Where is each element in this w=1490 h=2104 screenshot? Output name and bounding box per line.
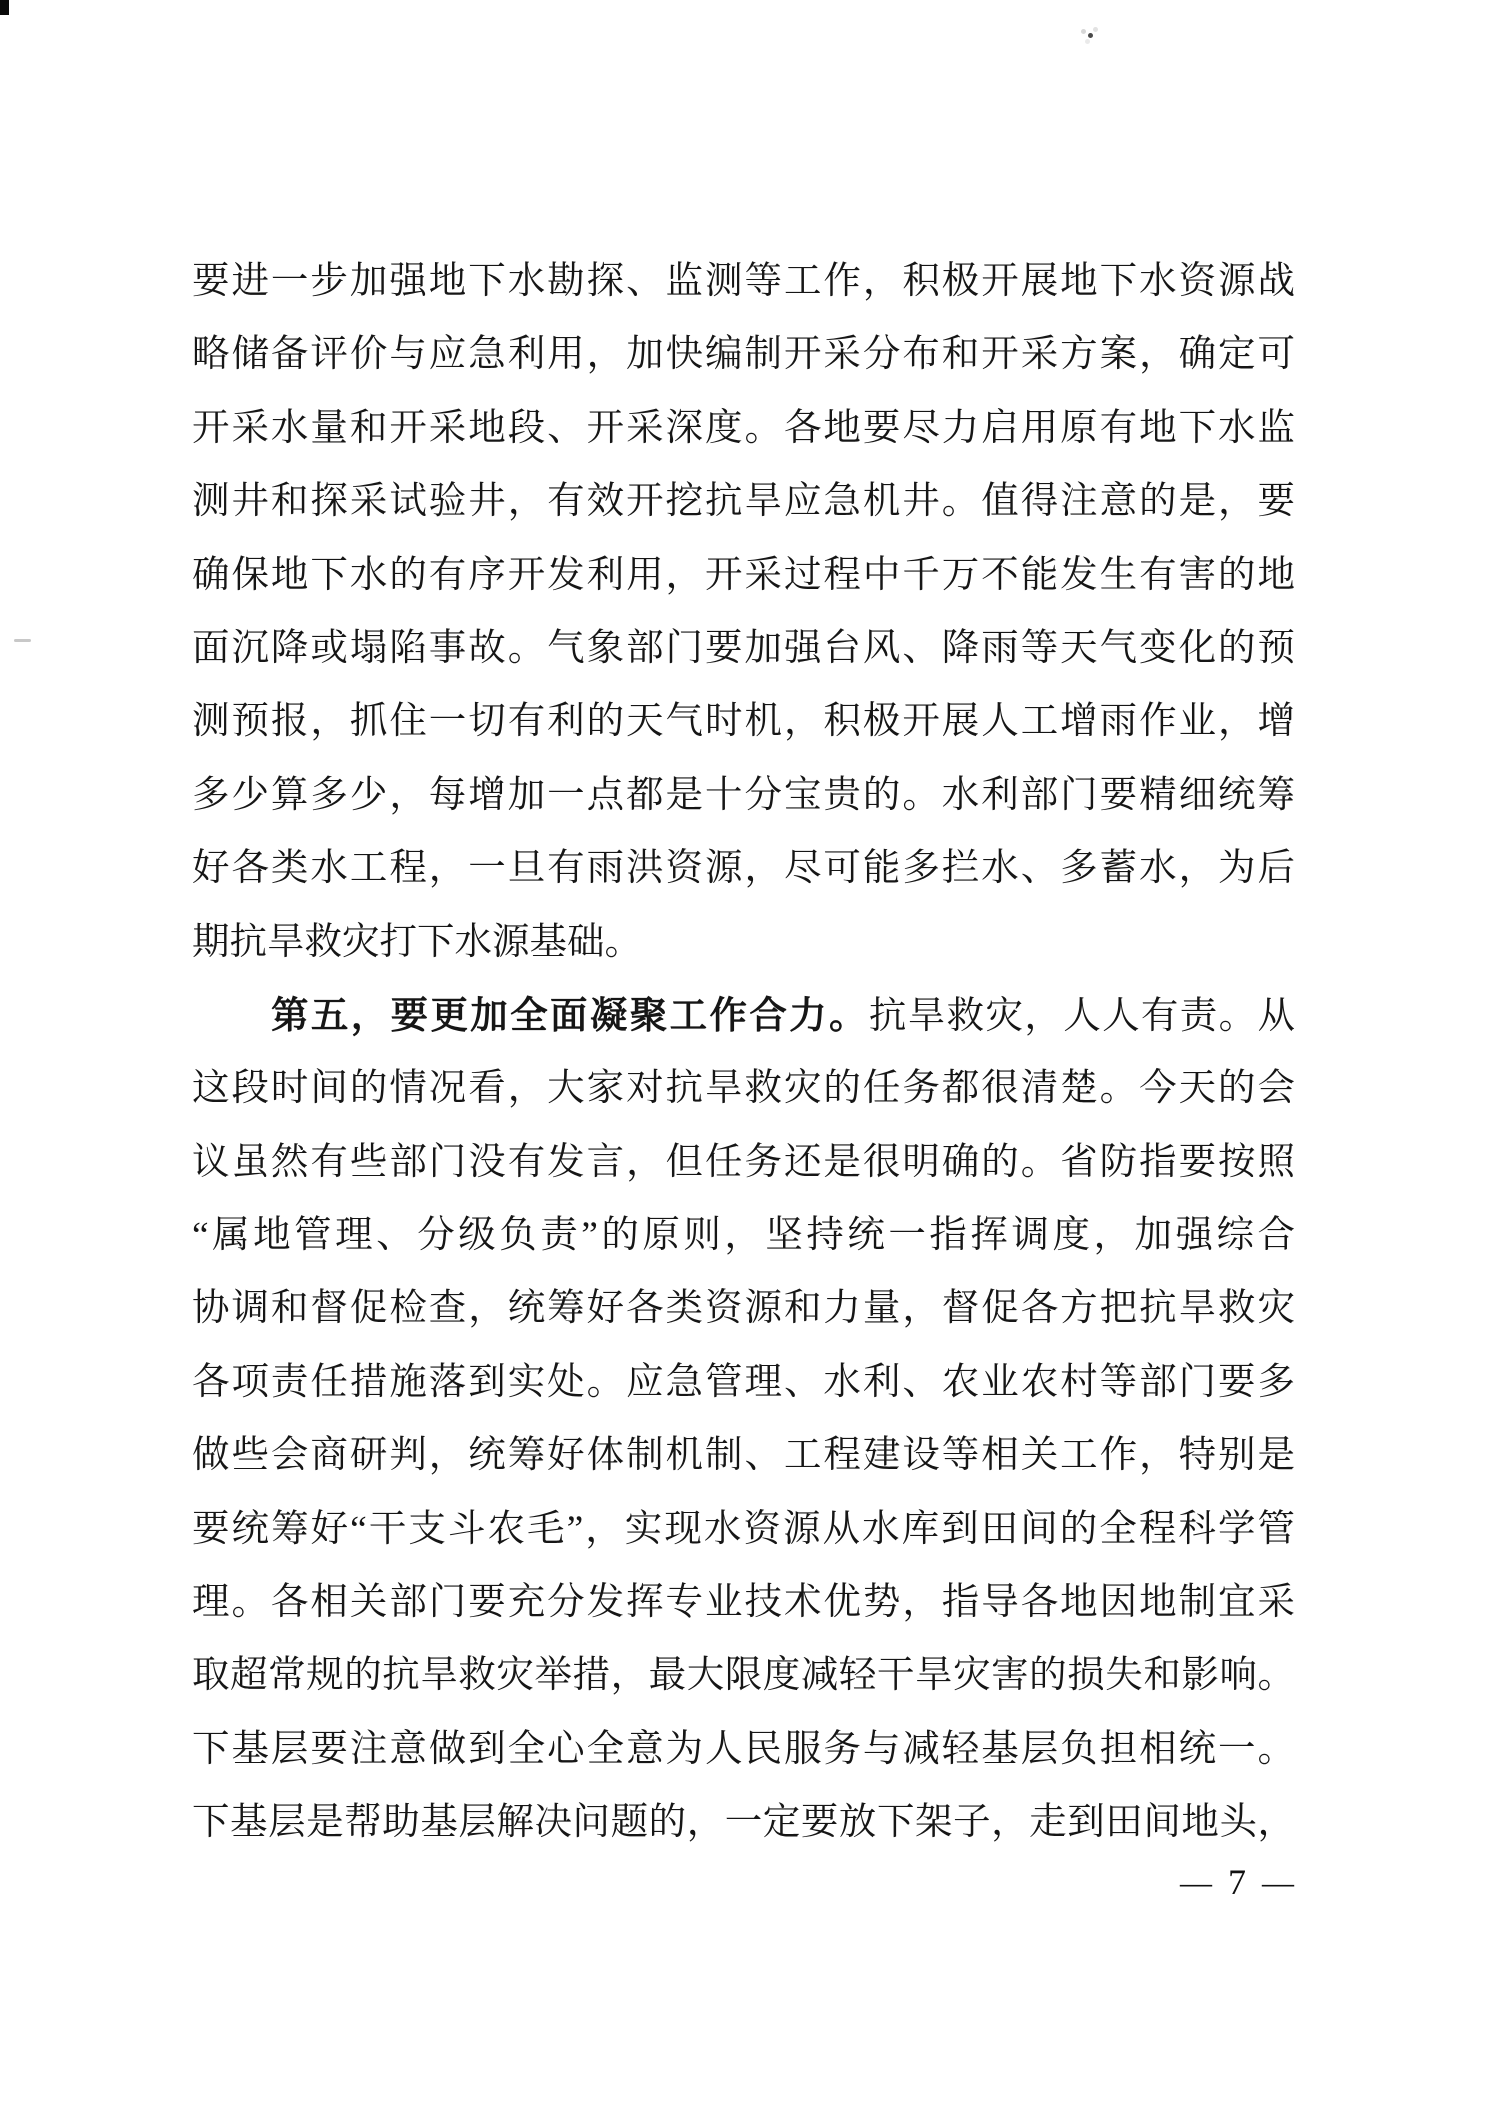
text-line: 理。各相关部门要充分发挥专业技术优势，指导各地因地制宜采 xyxy=(192,1566,1295,1639)
body-text: 协调和督促检查，统筹好各类资源和力量，督促各方把抗旱救灾 xyxy=(192,1288,1295,1329)
scan-artifact-speck xyxy=(1088,33,1093,38)
scan-artifact-speck xyxy=(14,639,31,642)
document-page: 要进一步加强地下水勘探、监测等工作，积极开展地下水资源战略储备评价与应急利用，加… xyxy=(0,0,1490,2104)
body-text: 要统筹好“干支斗农毛”，实现水资源从水库到田间的全程科学管 xyxy=(192,1509,1295,1550)
text-line: 议虽然有些部门没有发言，但任务还是很明确的。省防指要按照 xyxy=(192,1126,1295,1199)
section-heading: 第五，要更加全面凝聚工作合力。 xyxy=(271,994,869,1036)
body-text: 确保地下水的有序开发利用，开采过程中千万不能发生有害的地 xyxy=(192,555,1295,596)
text-line: 测井和探采试验井，有效开挖抗旱应急机井。值得注意的是，要 xyxy=(192,465,1295,538)
body-text: 取超常规的抗旱救灾举措，最大限度减轻干旱灾害的损失和影响。 xyxy=(192,1655,1295,1696)
body-text: 做些会商研判，统筹好体制机制、工程建设等相关工作，特别是 xyxy=(192,1435,1295,1476)
body-text: 理。各相关部门要充分发挥专业技术优势，指导各地因地制宜采 xyxy=(192,1582,1295,1623)
text-line: 下基层要注意做到全心全意为人民服务与减轻基层负担相统一。 xyxy=(192,1713,1295,1786)
text-line: “属地管理、分级负责”的原则，坚持统一指挥调度，加强综合 xyxy=(192,1199,1295,1272)
text-line: 确保地下水的有序开发利用，开采过程中千万不能发生有害的地 xyxy=(192,539,1295,612)
text-line: 要进一步加强地下水勘探、监测等工作，积极开展地下水资源战 xyxy=(192,245,1295,318)
page-number-dash-right: — xyxy=(1262,1864,1294,1901)
scan-artifact-corner xyxy=(0,0,9,15)
body-text: 测井和探采试验井，有效开挖抗旱应急机井。值得注意的是，要 xyxy=(192,481,1295,522)
text-line: 这段时间的情况看，大家对抗旱救灾的任务都很清楚。今天的会 xyxy=(192,1052,1295,1125)
text-line: 多少算多少，每增加一点都是十分宝贵的。水利部门要精细统筹 xyxy=(192,759,1295,832)
body-text: 测预报，抓住一切有利的天气时机，积极开展人工增雨作业，增 xyxy=(192,701,1295,742)
body-text: 抗旱救灾，人人有责。从 xyxy=(869,996,1295,1037)
text-line: 略储备评价与应急利用，加快编制开采分布和开采方案，确定可 xyxy=(192,318,1295,391)
text-line: 测预报，抓住一切有利的天气时机，积极开展人工增雨作业，增 xyxy=(192,685,1295,758)
text-block: 要进一步加强地下水勘探、监测等工作，积极开展地下水资源战略储备评价与应急利用，加… xyxy=(192,245,1295,1860)
text-line: 期抗旱救灾打下水源基础。 xyxy=(192,906,1295,979)
body-text: 各项责任措施落到实处。应急管理、水利、农业农村等部门要多 xyxy=(192,1362,1295,1403)
body-text: 这段时间的情况看，大家对抗旱救灾的任务都很清楚。今天的会 xyxy=(192,1068,1295,1109)
page-number-value: 7 xyxy=(1228,1861,1246,1903)
text-line: 取超常规的抗旱救灾举措，最大限度减轻干旱灾害的损失和影响。 xyxy=(192,1639,1295,1712)
body-text: 议虽然有些部门没有发言，但任务还是很明确的。省防指要按照 xyxy=(192,1142,1295,1183)
body-text: 要进一步加强地下水勘探、监测等工作，积极开展地下水资源战 xyxy=(192,261,1295,302)
text-line: 各项责任措施落到实处。应急管理、水利、农业农村等部门要多 xyxy=(192,1346,1295,1419)
text-line: 开采水量和开采地段、开采深度。各地要尽力启用原有地下水监 xyxy=(192,392,1295,465)
text-line: 要统筹好“干支斗农毛”，实现水资源从水库到田间的全程科学管 xyxy=(192,1493,1295,1566)
body-text: 期抗旱救灾打下水源基础。 xyxy=(192,922,642,963)
page-number-dash-left: — xyxy=(1180,1864,1212,1901)
body-text: “属地管理、分级负责”的原则，坚持统一指挥调度，加强综合 xyxy=(192,1215,1295,1256)
body-text: 下基层要注意做到全心全意为人民服务与减轻基层负担相统一。 xyxy=(192,1729,1295,1770)
page-number: — 7 — xyxy=(1180,1862,1294,1902)
body-text: 面沉降或塌陷事故。气象部门要加强台风、降雨等天气变化的预 xyxy=(192,628,1295,669)
body-text: 开采水量和开采地段、开采深度。各地要尽力启用原有地下水监 xyxy=(192,408,1295,449)
body-text: 下基层是帮助基层解决问题的，一定要放下架子，走到田间地头， xyxy=(192,1802,1295,1843)
text-line: 协调和督促检查，统筹好各类资源和力量，督促各方把抗旱救灾 xyxy=(192,1272,1295,1345)
text-line: 下基层是帮助基层解决问题的，一定要放下架子，走到田间地头， xyxy=(192,1786,1295,1859)
text-line: 做些会商研判，统筹好体制机制、工程建设等相关工作，特别是 xyxy=(192,1419,1295,1492)
body-text: 好各类水工程，一旦有雨洪资源，尽可能多拦水、多蓄水，为后 xyxy=(192,848,1295,889)
body-text: 略储备评价与应急利用，加快编制开采分布和开采方案，确定可 xyxy=(192,334,1295,375)
text-line: 第五，要更加全面凝聚工作合力。抗旱救灾，人人有责。从 xyxy=(192,979,1295,1052)
text-line: 好各类水工程，一旦有雨洪资源，尽可能多拦水、多蓄水，为后 xyxy=(192,832,1295,905)
text-line: 面沉降或塌陷事故。气象部门要加强台风、降雨等天气变化的预 xyxy=(192,612,1295,685)
body-text: 多少算多少，每增加一点都是十分宝贵的。水利部门要精细统筹 xyxy=(192,775,1295,816)
